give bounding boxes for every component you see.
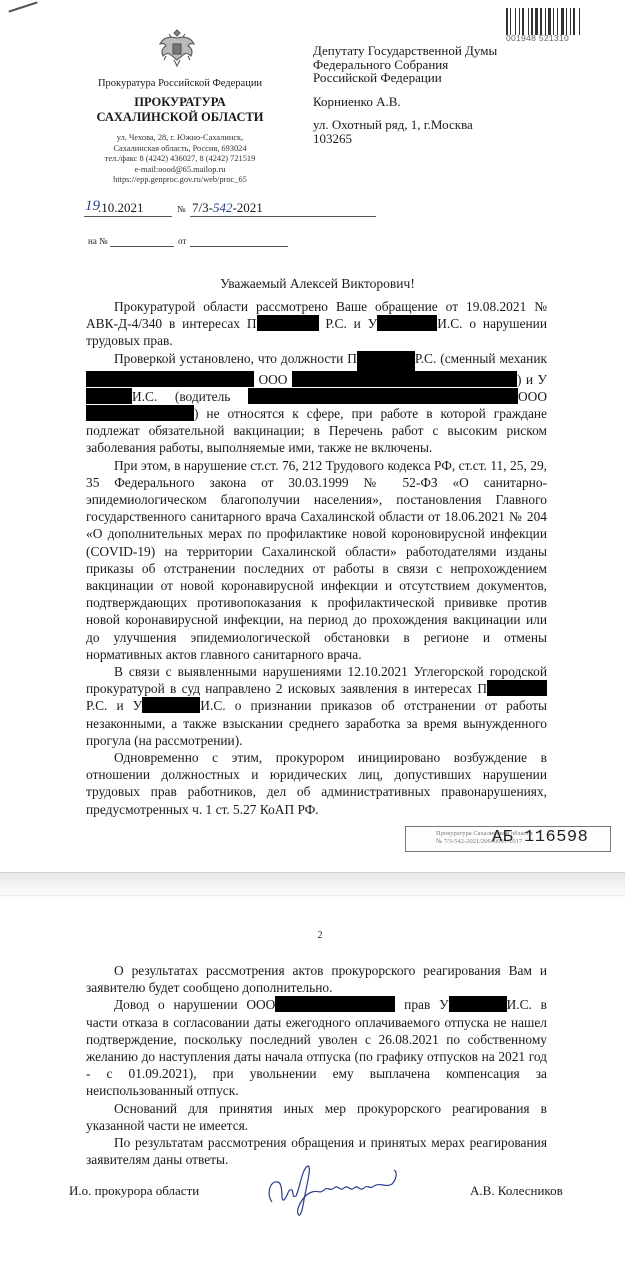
org-name-line2: САХАЛИНСКОЙ ОБЛАСТИ (82, 110, 278, 125)
paragraph-4: В связи с выявленными нарушениями 12.10.… (86, 663, 547, 749)
paragraph-5: Одновременно с этим, прокурором иницииро… (86, 749, 547, 818)
text: В связи с выявленными нарушениями 12.10.… (86, 664, 547, 696)
recipient-title: Российской Федерации (313, 71, 613, 85)
text: прав У (404, 997, 448, 1012)
salutation: Уважаемый Алексей Викторович! (0, 276, 625, 292)
outgoing-date-number: 19 .10.2021 № 7/3-542-2021 (84, 200, 294, 220)
redaction (487, 680, 547, 696)
text: Р.С. и У (86, 698, 142, 713)
address-line: Сахалинская область, Россия, 693024 (82, 144, 278, 155)
website-line: https://epp.genproc.gov.ru/web/proc_65 (82, 175, 278, 186)
barcode-number: 001948 521310 (506, 33, 616, 43)
redaction (86, 371, 254, 387)
phone-line: тел./факс 8 (4242) 436027, 8 (4242) 7215… (82, 154, 278, 165)
ref-date-line (190, 246, 288, 247)
page-separator (0, 872, 625, 901)
redaction (292, 371, 517, 387)
ref-number-line (110, 246, 174, 247)
text: ) и У (517, 372, 547, 387)
redaction (142, 697, 200, 713)
outgoing-date: 19 .10.2021 (84, 200, 172, 217)
paragraph-2: Проверкой установлено, что должности ПР.… (86, 350, 547, 457)
page-separator-line (0, 895, 625, 896)
reference-row: на № от (88, 236, 298, 250)
date-handwritten: 19 (85, 198, 100, 215)
text: ООО (518, 389, 547, 404)
redaction (357, 351, 415, 371)
text: И.С. (водитель (132, 389, 248, 404)
recipient-title: Федерального Собрания (313, 58, 613, 72)
text: И.С. в части отказа в согласовании даты … (86, 997, 547, 1098)
text: Р.С. (сменный механик (415, 351, 547, 366)
paragraph-8: Оснований для принятия иных мер прокурор… (86, 1100, 547, 1134)
email-line: e-mail:oood@65.mailop.ru (82, 165, 278, 176)
redaction (449, 996, 507, 1012)
redaction (86, 405, 194, 421)
number-handwritten: 542 (213, 200, 233, 215)
paragraph-6: О результатах рассмотрения актов прокуро… (86, 962, 547, 996)
outgoing-number: 7/3-542-2021 (190, 200, 376, 217)
text: ООО (258, 372, 287, 387)
recipient-block: Депутату Государственной Думы Федерально… (313, 44, 613, 145)
coat-of-arms-icon (157, 26, 197, 70)
address-line: ул. Чехова, 28, г. Южно-Сахалинск, (82, 133, 278, 144)
letter-body-page-1: Прокуратурой области рассмотрено Ваше об… (86, 298, 547, 818)
text: Довод о нарушении ООО (114, 997, 275, 1012)
redaction (275, 996, 395, 1012)
registration-stamp: Прокуратура Сахалинской области № 7/3-54… (405, 826, 611, 852)
paragraph-1: Прокуратурой области рассмотрено Ваше об… (86, 298, 547, 350)
redaction (248, 388, 518, 404)
recipient-address: ул. Охотный ряд, 1, г.Москва (313, 118, 613, 132)
paragraph-7: Довод о нарушении ООО прав УИ.С. в части… (86, 996, 547, 1099)
number-suffix: -2021 (232, 200, 262, 215)
org-name-line1: ПРОКУРАТУРА (82, 95, 278, 110)
signature-icon (262, 1158, 412, 1218)
number-prefix: 7/3- (192, 200, 213, 215)
recipient-postcode: 103265 (313, 132, 613, 146)
date-printed: .10.2021 (98, 200, 144, 215)
letter-body-page-2: О результатах рассмотрения актов прокуро… (86, 962, 547, 1168)
page-number: 2 (0, 930, 625, 941)
sender-organization: Прокуратура Российской Федерации ПРОКУРА… (82, 78, 278, 186)
redaction (257, 315, 319, 331)
signer-name: А.В. Колесников (470, 1183, 563, 1199)
ref-from-label: от (178, 236, 186, 246)
barcode-icon (506, 8, 610, 35)
org-parent: Прокуратура Российской Федерации (82, 78, 278, 89)
stamp-number: АБ 116598 (492, 828, 588, 847)
text: Р.С. и У (319, 316, 378, 331)
ref-label: на № (88, 236, 108, 246)
signer-title: И.о. прокурора области (69, 1183, 199, 1199)
redaction (86, 388, 132, 404)
recipient-title: Депутату Государственной Думы (313, 44, 613, 58)
recipient-name: Корниенко А.В. (313, 95, 613, 109)
redaction (377, 315, 437, 331)
number-label: № (177, 204, 186, 214)
paragraph-3: При этом, в нарушение ст.ст. 76, 212 Тру… (86, 457, 547, 663)
org-address: ул. Чехова, 28, г. Южно-Сахалинск, Сахал… (82, 133, 278, 186)
text: Проверкой установлено, что должности П (114, 351, 357, 366)
